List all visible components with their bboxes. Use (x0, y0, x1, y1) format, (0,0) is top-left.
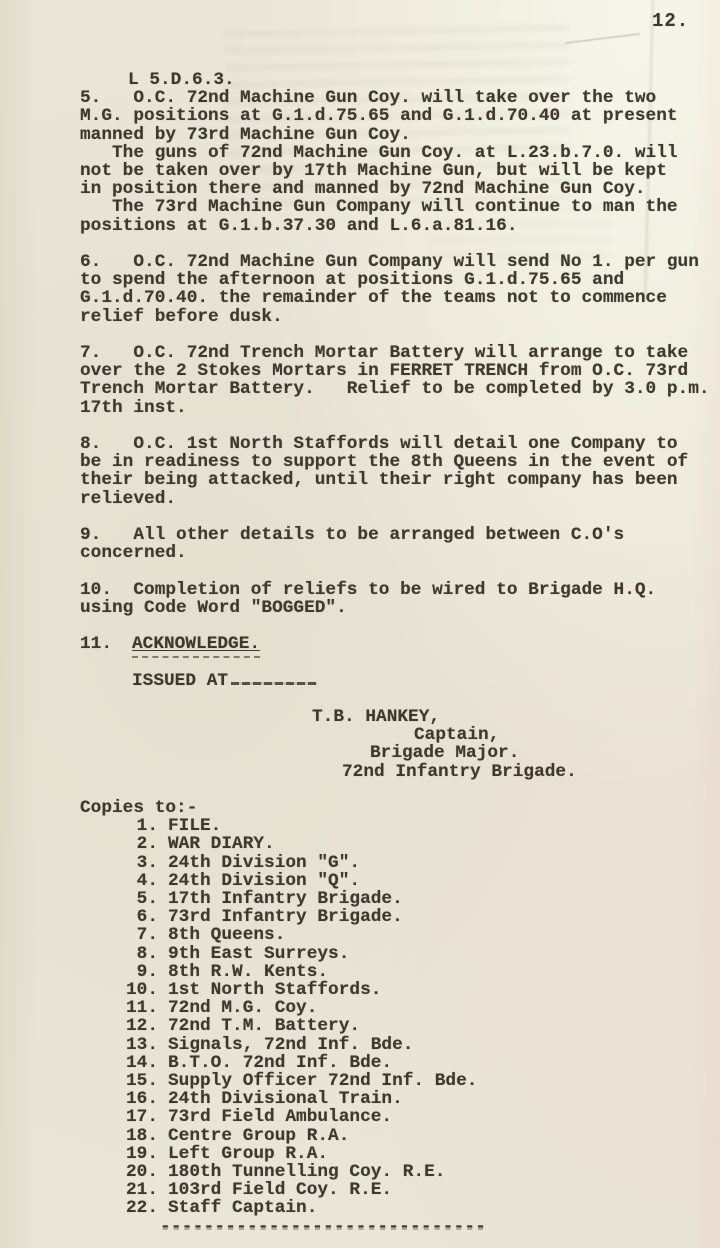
copies-header: Copies to:- (80, 799, 720, 817)
copy-number: 18. (80, 1127, 158, 1145)
copy-number: 13. (80, 1036, 158, 1054)
copy-label: 24th Division "Q". (158, 871, 360, 891)
copy-label: Signals, 72nd Inf. Bde. (158, 1035, 413, 1055)
copy-row: 1.FILE. (80, 817, 720, 835)
copy-label: Left Group R.A. (158, 1144, 328, 1164)
copy-row: 7.8th Queens. (80, 926, 720, 944)
copy-row: 16.24th Divisional Train. (80, 1090, 720, 1108)
copy-row: 21.103rd Field Coy. R.E. (80, 1181, 720, 1199)
copy-number: 1. (80, 817, 158, 835)
copy-number: 4. (80, 872, 158, 890)
copy-number: 7. (80, 926, 158, 944)
signature-title: Brigade Major. (370, 744, 720, 762)
copy-number: 15. (80, 1072, 158, 1090)
copy-row: 22.Staff Captain. (80, 1199, 720, 1217)
copy-label: B.T.O. 72nd Inf. Bde. (158, 1053, 392, 1073)
order-paragraph-6: 6. O.C. 72nd Machine Gun Company will se… (80, 253, 720, 326)
copy-label: 73rd Field Ambulance. (158, 1107, 392, 1127)
copy-number: 5. (80, 890, 158, 908)
acknowledge-label: ACKNOWLEDGE. (132, 634, 260, 658)
copy-number: 2. (80, 835, 158, 853)
order-paragraph-8: 8. O.C. 1st North Staffords will detail … (80, 435, 720, 508)
separator-line: ------------------------------ (160, 1218, 720, 1236)
copy-label: Staff Captain. (158, 1198, 317, 1218)
order-paragraph-11: 11.ACKNOWLEDGE. (80, 635, 720, 653)
copy-number: 12. (80, 1017, 158, 1035)
copy-row: 8.9th East Surreys. (80, 945, 720, 963)
document-page: 12. L 5.D.6.3. 5. O.C. 72nd Machine Gun … (0, 0, 720, 1248)
copy-row: 11.72nd M.G. Coy. (80, 999, 720, 1017)
copy-row: 2.WAR DIARY. (80, 835, 720, 853)
order-body: L 5.D.6.3. 5. O.C. 72nd Machine Gun Coy.… (80, 71, 720, 1236)
copy-label: 8th R.W. Kents. (158, 962, 328, 982)
copy-row: 12.72nd T.M. Battery. (80, 1017, 720, 1035)
copy-label: 9th East Surreys. (158, 944, 349, 964)
copy-row: 3.24th Division "G". (80, 854, 720, 872)
order-paragraph-7: 7. O.C. 72nd Trench Mortar Battery will … (80, 344, 720, 417)
copy-row: 6.73rd Infantry Brigade. (80, 908, 720, 926)
signature-block: T.B. HANKEY, Captain, Brigade Major. 72n… (80, 708, 720, 781)
copy-row: 5.17th Infantry Brigade. (80, 890, 720, 908)
copy-label: 8th Queens. (158, 925, 285, 945)
acknowledge-number: 11. (80, 635, 132, 653)
paper-crease (565, 33, 640, 43)
copy-number: 9. (80, 963, 158, 981)
issued-at-label: ISSUED AT (132, 671, 228, 691)
copy-label: FILE. (158, 816, 221, 836)
copy-label: 24th Division "G". (158, 853, 360, 873)
copy-label: 72nd T.M. Battery. (158, 1016, 360, 1036)
signature-rank: Captain, (414, 726, 720, 744)
distribution-list: Copies to:- 1.FILE. 2.WAR DIARY. 3.24th … (80, 799, 720, 1236)
copy-label: Centre Group R.A. (158, 1126, 349, 1146)
copy-number: 21. (80, 1181, 158, 1199)
copy-label: 17th Infantry Brigade. (158, 889, 403, 909)
copy-row: 20.180th Tunnelling Coy. R.E. (80, 1163, 720, 1181)
copy-row: 4.24th Division "Q". (80, 872, 720, 890)
copy-number: 19. (80, 1145, 158, 1163)
order-paragraph-9: 9. All other details to be arranged betw… (80, 526, 720, 562)
copy-number: 6. (80, 908, 158, 926)
copy-number: 14. (80, 1054, 158, 1072)
signature-name: T.B. HANKEY, (312, 708, 720, 726)
signature-unit: 72nd Infantry Brigade. (342, 763, 720, 781)
copy-row: 15.Supply Officer 72nd Inf. Bde. (80, 1072, 720, 1090)
order-paragraph-10: 10. Completion of reliefs to be wired to… (80, 581, 720, 617)
copy-row: 17.73rd Field Ambulance. (80, 1108, 720, 1126)
copy-number: 20. (80, 1163, 158, 1181)
issued-at-line: ISSUED AT (132, 672, 720, 690)
copy-row: 14.B.T.O. 72nd Inf. Bde. (80, 1054, 720, 1072)
copy-number: 11. (80, 999, 158, 1017)
copy-number: 17. (80, 1108, 158, 1126)
copy-row: 9.8th R.W. Kents. (80, 963, 720, 981)
copy-row: 18.Centre Group R.A. (80, 1127, 720, 1145)
copy-number: 10. (80, 981, 158, 999)
order-paragraph-5: 5. O.C. 72nd Machine Gun Coy. will take … (80, 89, 720, 235)
copy-label: WAR DIARY. (158, 834, 275, 854)
issued-at-blank (231, 682, 317, 685)
page-number: 12. (652, 10, 689, 32)
copy-number: 8. (80, 945, 158, 963)
copy-number: 3. (80, 854, 158, 872)
copy-row: 19.Left Group R.A. (80, 1145, 720, 1163)
copy-row: 10.1st North Staffords. (80, 981, 720, 999)
copy-row: 13.Signals, 72nd Inf. Bde. (80, 1036, 720, 1054)
copy-number: 16. (80, 1090, 158, 1108)
copy-number: 22. (80, 1199, 158, 1217)
map-reference: L 5.D.6.3. (128, 71, 720, 89)
